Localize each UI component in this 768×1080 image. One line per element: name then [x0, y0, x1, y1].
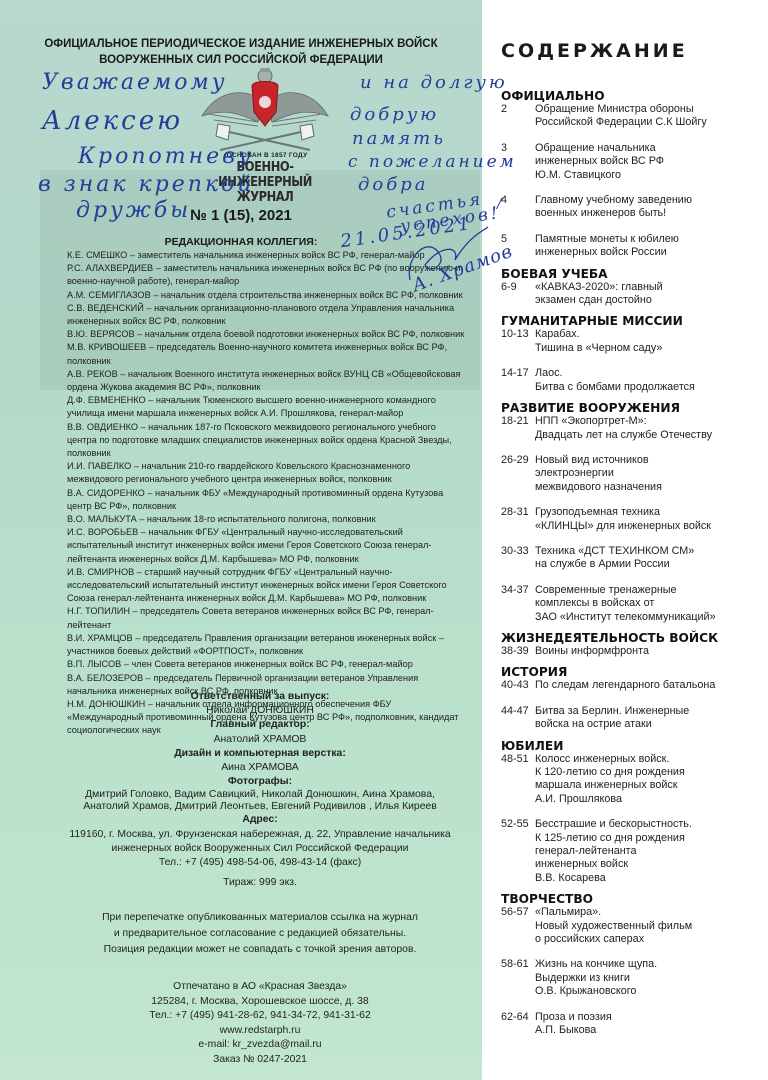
toc-entry-pages: 14-17	[501, 367, 535, 394]
photographers-line-2: Анатолий Храмов, Дмитрий Леонтьев, Евген…	[40, 801, 480, 813]
toc-entry-pages: 2	[501, 103, 535, 130]
board-member: В.И. ХРАМЦОВ – председатель Правления ор…	[67, 632, 467, 658]
toc-entry-title: Жизнь на кончике щупа. Выдержки из книги…	[535, 958, 761, 998]
toc-entry[interactable]: 48-51Колосс инженерных войск. К 120-лети…	[501, 753, 761, 807]
inscription-right-4: с пожеланием	[348, 152, 517, 172]
masthead-line-1: ОФИЦИАЛЬНОЕ ПЕРИОДИЧЕСКОЕ ИЗДАНИЕ ИНЖЕНЕ…	[0, 36, 482, 52]
toc-section-title: ГУМАНИТАРНЫЕ МИССИИ	[501, 314, 761, 328]
printer-info: Отпечатано в АО «Красная Звезда» 125284,…	[40, 980, 480, 1067]
toc-entry-title: Техника «ДСТ ТЕХИНКОМ СМ» на службе в Ар…	[535, 545, 761, 572]
printer-phone: Тел.: +7 (495) 941-28-62, 941-34-72, 941…	[40, 1009, 480, 1024]
board-member: С.В. ВЕДЕНСКИЙ – начальник организационн…	[67, 302, 467, 328]
credits: Ответственный за выпуск: Николай ДОНЮШКИ…	[40, 690, 480, 890]
toc-entry-title: Обращение начальника инженерных войск ВС…	[535, 142, 761, 182]
toc-entry-title: Воины информфронта	[535, 645, 761, 658]
board-member: Д.Ф. ЕВМЕНЕНКО – начальник Тюменского вы…	[67, 394, 467, 420]
responsible-label: Ответственный за выпуск:	[40, 690, 480, 704]
toc-entry-pages: 5	[501, 233, 535, 260]
toc-entry-pages: 58-61	[501, 958, 535, 998]
design-label: Дизайн и компьютерная верстка:	[40, 747, 480, 761]
toc-entry-pages: 6-9	[501, 281, 535, 308]
toc-entry-title: Карабах. Тишина в «Черном саду»	[535, 328, 761, 355]
board-member: В.Ю. ВЕРЯСОВ – начальник отдела боевой п…	[67, 328, 467, 341]
photographers-line-1: Дмитрий Головко, Вадим Савицкий, Николай…	[40, 789, 480, 801]
toc-entry-pages: 38-39	[501, 645, 535, 658]
toc-entry-title: Бесстрашие и бескорыстность. К 125-летию…	[535, 818, 761, 885]
toc-entry[interactable]: 56-57«Пальмира». Новый художественный фи…	[501, 906, 761, 946]
toc-entry-title: Битва за Берлин. Инженерные войска на ос…	[535, 705, 761, 732]
toc-entry[interactable]: 3Обращение начальника инженерных войск В…	[501, 142, 761, 182]
toc-section: БОЕВАЯ УЧЕБА6-9«КАВКАЗ-2020»: главный эк…	[501, 267, 761, 308]
printer-address: 125284, г. Москва, Хорошевское шоссе, д.…	[40, 995, 480, 1010]
design-name: Аина ХРАМОВА	[40, 761, 480, 775]
toc-entry-pages: 18-21	[501, 415, 535, 442]
signature-flourish-icon	[400, 225, 490, 295]
toc-section-title: РАЗВИТИЕ ВООРУЖЕНИЯ	[501, 401, 761, 415]
toc-section: ЖИЗНЕДЕЯТЕЛЬНОСТЬ ВОЙСК38-39Воины информ…	[501, 631, 761, 658]
table-of-contents: СОДЕРЖАНИЕ ОФИЦИАЛЬНО2Обращение Министра…	[501, 40, 761, 1042]
printer-name: Отпечатано в АО «Красная Звезда»	[40, 980, 480, 995]
inscription-right-1: и на долгую	[360, 72, 508, 93]
toc-entry-pages: 40-43	[501, 679, 535, 692]
toc-entry-pages: 28-31	[501, 506, 535, 533]
toc-entry-title: Главному учебному заведению военных инже…	[535, 194, 761, 221]
toc-entry[interactable]: 26-29Новый вид источников электроэнергии…	[501, 454, 761, 494]
board-member: В.В. ОВДИЕНКО – начальник 187-го Псковск…	[67, 421, 467, 461]
board-member: В.А. СИДОРЕНКО – начальник ФБУ «Междунар…	[67, 487, 467, 513]
inscription-left-3: Кропотневу	[78, 144, 254, 169]
inscription-right-2: добрую	[350, 104, 439, 125]
toc-section-title: БОЕВАЯ УЧЕБА	[501, 267, 761, 281]
inscription-left-2: Алексею	[42, 106, 183, 136]
toc-entry-title: Колосс инженерных войск. К 120-летию со …	[535, 753, 761, 807]
notice-line-1: При перепечатке опубликованных материало…	[40, 910, 480, 926]
toc-entry[interactable]: 34-37Современные тренажерные комплексы в…	[501, 584, 761, 624]
board-member: Н.Г. ТОПИЛИН – председатель Совета ветер…	[67, 605, 467, 631]
toc-entry[interactable]: 4Главному учебному заведению военных инж…	[501, 194, 761, 221]
toc-entry-pages: 62-64	[501, 1011, 535, 1038]
toc-entry[interactable]: 52-55Бесстрашие и бескорыстность. К 125-…	[501, 818, 761, 885]
toc-entry-pages: 4	[501, 194, 535, 221]
address-line-1: 119160, г. Москва, ул. Фрунзенская набер…	[40, 828, 480, 842]
toc-sections: ОФИЦИАЛЬНО2Обращение Министра обороны Ро…	[501, 89, 761, 1038]
toc-section: ЮБИЛЕИ48-51Колосс инженерных войск. К 12…	[501, 739, 761, 886]
toc-entry-pages: 26-29	[501, 454, 535, 494]
toc-entry[interactable]: 18-21НПП «Экопортрет-М»: Двадцать лет на…	[501, 415, 761, 442]
board-member: В.О. МАЛЬКУТА – начальник 18-го испытате…	[67, 513, 467, 526]
toc-entry-title: НПП «Экопортрет-М»: Двадцать лет на служ…	[535, 415, 761, 442]
toc-entry-title: Новый вид источников электроэнергии межв…	[535, 454, 761, 494]
editor-name: Анатолий ХРАМОВ	[40, 733, 480, 747]
toc-entry[interactable]: 6-9«КАВКАЗ-2020»: главный экзамен сдан д…	[501, 281, 761, 308]
board-member: И.С. ВОРОБЬЕВ – начальник ФГБУ «Централь…	[67, 526, 467, 566]
toc-entry[interactable]: 5Памятные монеты к юбилею инженерных вой…	[501, 233, 761, 260]
board-member: М.В. КРИВОШЕЕВ – председатель Военно-нау…	[67, 341, 467, 367]
toc-entry-title: Обращение Министра обороны Российской Фе…	[535, 103, 761, 130]
toc-entry-title: Грузоподъемная техника «КЛИНЦЫ» для инже…	[535, 506, 761, 533]
notice-line-3: Позиция редакции может не совпадать с то…	[40, 942, 480, 958]
toc-entry[interactable]: 38-39Воины информфронта	[501, 645, 761, 658]
toc-entry-title: «КАВКАЗ-2020»: главный экзамен сдан дост…	[535, 281, 761, 308]
inscription-left-4: в знак крепкой	[38, 172, 255, 197]
editorial-phone: Тел.: +7 (495) 498-54-06, 498-43-14 (фак…	[40, 856, 480, 870]
toc-entry-pages: 10-13	[501, 328, 535, 355]
toc-entry-title: Современные тренажерные комплексы в войс…	[535, 584, 761, 624]
inscription-right-3: память	[352, 128, 446, 149]
toc-section: ГУМАНИТАРНЫЕ МИССИИ10-13Карабах. Тишина …	[501, 314, 761, 394]
reprint-notice: При перепечатке опубликованных материало…	[40, 910, 480, 958]
inscription-left-1: Уважаемому	[42, 70, 227, 95]
toc-entry[interactable]: 14-17Лаос. Битва с бомбами продолжается	[501, 367, 761, 394]
toc-entry-title: «Пальмира». Новый художественный фильм о…	[535, 906, 761, 946]
toc-section-title: ЖИЗНЕДЕЯТЕЛЬНОСТЬ ВОЙСК	[501, 631, 761, 645]
toc-entry-pages: 52-55	[501, 818, 535, 885]
toc-entry-title: По следам легендарного батальона	[535, 679, 761, 692]
toc-entry[interactable]: 44-47Битва за Берлин. Инженерные войска …	[501, 705, 761, 732]
toc-entry-pages: 30-33	[501, 545, 535, 572]
notice-line-2: и предварительное согласование с редакци…	[40, 926, 480, 942]
toc-section-title: ТВОРЧЕСТВО	[501, 892, 761, 906]
toc-entry[interactable]: 62-64Проза и поэзия А.П. Быкова	[501, 1011, 761, 1038]
responsible-name: Николай ДОНЮШКИН	[40, 704, 480, 718]
toc-section-title: ИСТОРИЯ	[501, 665, 761, 679]
circulation: Тираж: 999 экз.	[40, 876, 480, 890]
editor-label: Главный редактор:	[40, 718, 480, 732]
toc-entry-pages: 56-57	[501, 906, 535, 946]
board-member: В.П. ЛЫСОВ – член Совета ветеранов инжен…	[67, 658, 467, 671]
toc-section: ТВОРЧЕСТВО56-57«Пальмира». Новый художес…	[501, 892, 761, 1037]
toc-title: СОДЕРЖАНИЕ	[501, 40, 761, 62]
photographers-label: Фотографы:	[40, 775, 480, 789]
inscription-right-5: добра	[358, 174, 429, 195]
toc-entry-pages: 3	[501, 142, 535, 182]
address-line-2: инженерных войск Вооруженных Сил Российс…	[40, 842, 480, 856]
board-member: И.И. ПАВЕЛКО – начальник 210-го гвардейс…	[67, 460, 467, 486]
toc-section: РАЗВИТИЕ ВООРУЖЕНИЯ18-21НПП «Экопортрет-…	[501, 401, 761, 624]
address-label: Адрес:	[40, 813, 480, 827]
board-member: А.В. РЕКОВ – начальник Военного институт…	[67, 368, 467, 394]
board-member: И.В. СМИРНОВ – старший научный сотрудник…	[67, 566, 467, 606]
toc-section: ОФИЦИАЛЬНО2Обращение Министра обороны Ро…	[501, 89, 761, 260]
editorial-board-list: К.Е. СМЕШКО – заместитель начальника инж…	[67, 249, 467, 738]
toc-entry-title: Проза и поэзия А.П. Быкова	[535, 1011, 761, 1038]
toc-entry[interactable]: 30-33Техника «ДСТ ТЕХИНКОМ СМ» на службе…	[501, 545, 761, 572]
toc-entry-pages: 44-47	[501, 705, 535, 732]
toc-entry[interactable]: 40-43По следам легендарного батальона	[501, 679, 761, 692]
toc-section-title: ОФИЦИАЛЬНО	[501, 89, 761, 103]
print-order-number: Заказ № 0247-2021	[40, 1053, 480, 1068]
toc-entry-title: Лаос. Битва с бомбами продолжается	[535, 367, 761, 394]
inscription-left-5: дружбы	[76, 198, 191, 223]
toc-entry-pages: 34-37	[501, 584, 535, 624]
toc-section: ИСТОРИЯ40-43По следам легендарного батал…	[501, 665, 761, 731]
toc-entry-pages: 48-51	[501, 753, 535, 807]
toc-entry[interactable]: 58-61Жизнь на кончике щупа. Выдержки из …	[501, 958, 761, 998]
toc-entry[interactable]: 28-31Грузоподъемная техника «КЛИНЦЫ» для…	[501, 506, 761, 533]
toc-section-title: ЮБИЛЕИ	[501, 739, 761, 753]
printer-email[interactable]: e-mail: kr_zvezda@mail.ru	[40, 1038, 480, 1053]
toc-entry[interactable]: 2Обращение Министра обороны Российской Ф…	[501, 103, 761, 130]
toc-entry-title: Памятные монеты к юбилею инженерных войс…	[535, 233, 761, 260]
printer-website[interactable]: www.redstarph.ru	[40, 1024, 480, 1039]
toc-entry[interactable]: 10-13Карабах. Тишина в «Черном саду»	[501, 328, 761, 355]
